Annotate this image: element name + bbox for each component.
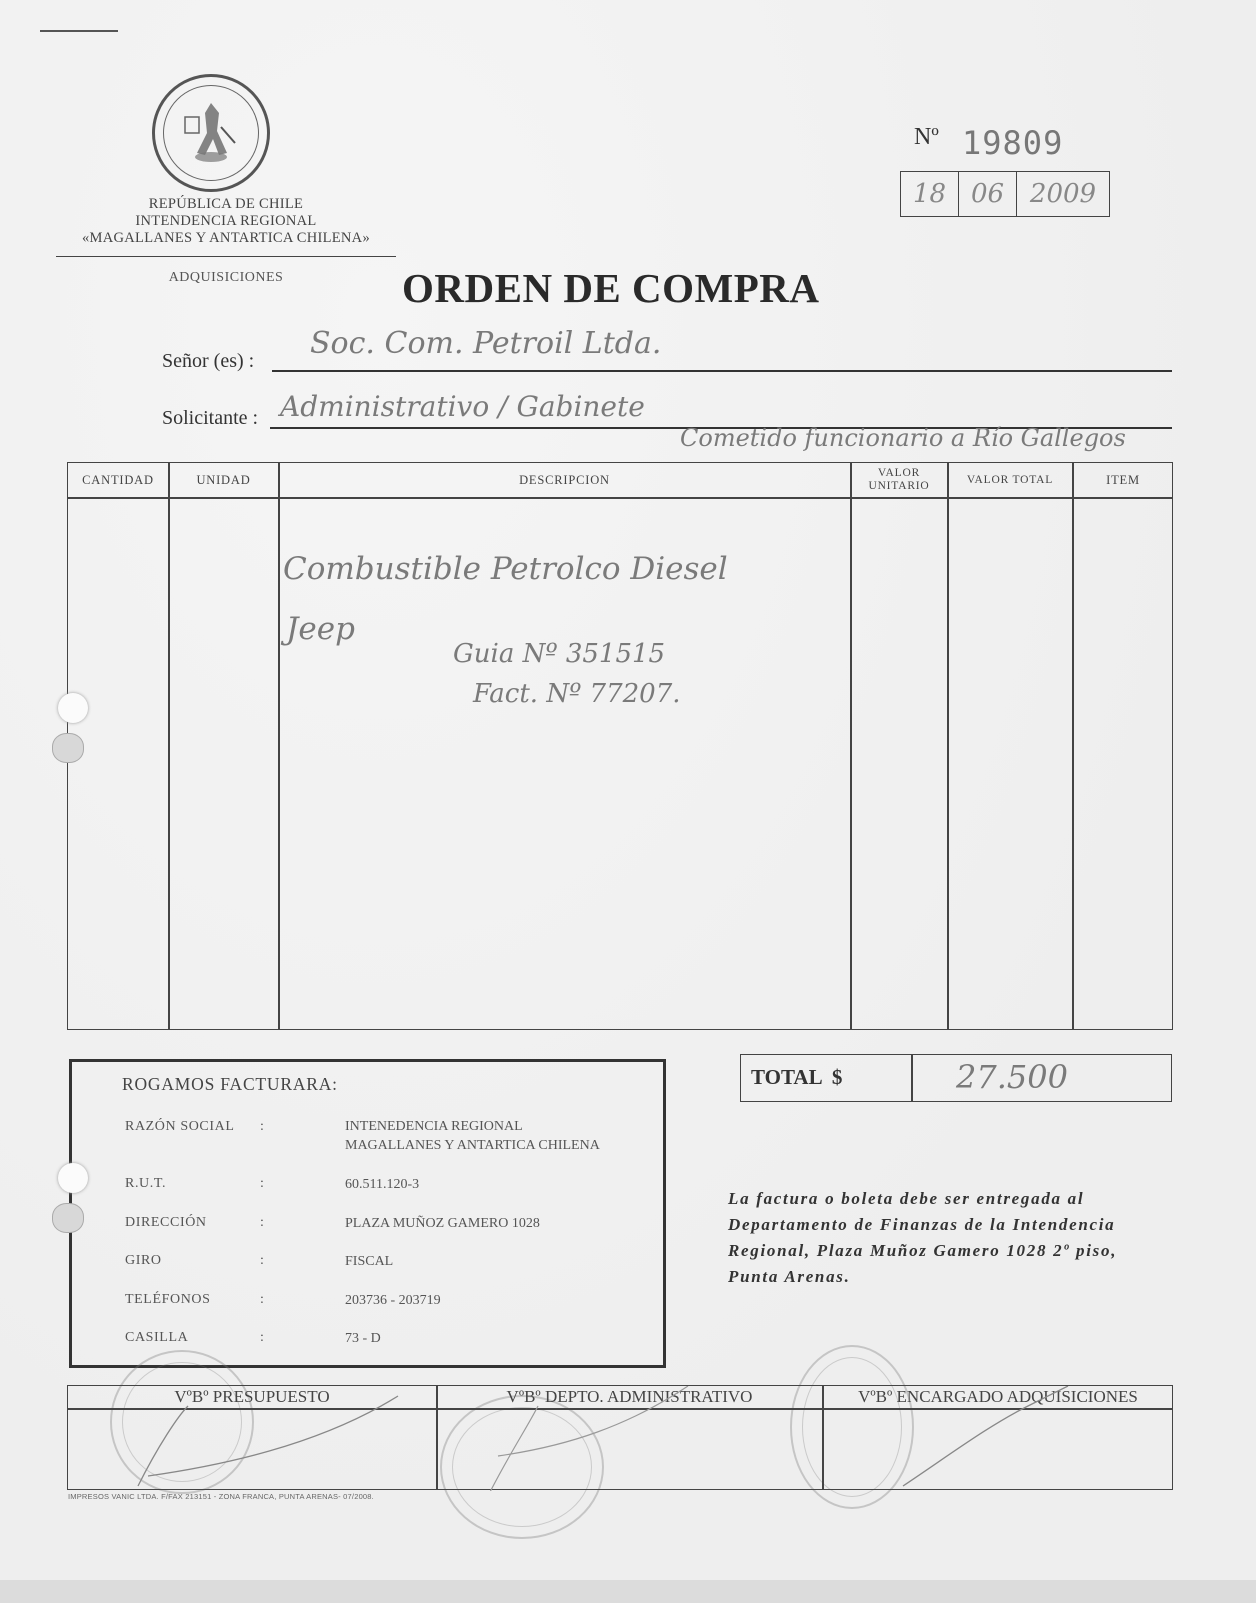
scan-edge: [0, 1580, 1256, 1603]
total-divider: [911, 1055, 913, 1101]
solicitante-field[interactable]: Administrativo / Gabinete: [280, 390, 645, 423]
date-day[interactable]: 18: [901, 172, 959, 216]
colon: :: [260, 1330, 264, 1346]
regional-seal-icon: [152, 74, 270, 192]
billing-label-rut: R.U.T.: [125, 1176, 166, 1192]
billing-label-giro: GIRO: [125, 1253, 162, 1269]
column-divider: [850, 463, 852, 1029]
description-line[interactable]: Guia Nº 351515: [453, 639, 665, 669]
column-divider: [278, 463, 280, 1029]
punch-hole: [58, 693, 88, 723]
billing-value-giro: FISCAL: [345, 1252, 393, 1271]
billing-label-razon-social: RAZÓN SOCIAL: [125, 1119, 234, 1135]
razon-social-line-2: MAGALLANES Y ANTARTICA CHILENA: [345, 1136, 600, 1155]
folio-number: 19809: [962, 124, 1063, 162]
column-divider: [168, 463, 170, 1029]
razon-social-line-1: INTENEDENCIA REGIONAL: [345, 1117, 600, 1136]
column-header-descripcion: DESCRIPCION: [279, 463, 850, 497]
signature-scribbles-icon: [68, 1386, 1174, 1491]
total-amount[interactable]: 27.500: [956, 1055, 1068, 1099]
colon: :: [260, 1119, 264, 1135]
total-box: TOTAL $ 27.500: [740, 1054, 1172, 1102]
billing-value-telefonos: 203736 - 203719: [345, 1291, 441, 1310]
billing-label-telefonos: TELÉFONOS: [125, 1292, 211, 1308]
column-header-valor-unitario: VALOR UNITARIO: [851, 463, 947, 497]
folio-label: Nº: [914, 124, 939, 151]
column-header-unidad: UNIDAD: [169, 463, 278, 497]
header-divider: [56, 256, 396, 257]
billing-info-box: ROGAMOS FACTURARA: RAZÓN SOCIAL : INTENE…: [69, 1059, 666, 1368]
total-label: TOTAL $: [751, 1055, 842, 1099]
purchase-order-page: REPÚBLICA DE CHILE INTENDENCIA REGIONAL …: [0, 0, 1256, 1580]
punch-hole-torn: [52, 1203, 84, 1233]
billing-label-direccion: DIRECCIÓN: [125, 1215, 207, 1231]
colon: :: [260, 1176, 264, 1192]
description-line[interactable]: Jeep: [286, 611, 355, 647]
billing-value-casilla: 73 - D: [345, 1329, 381, 1348]
colon: :: [260, 1253, 264, 1269]
table-header-rule: [68, 497, 1172, 499]
solicitante-note[interactable]: Cometido funcionario a Río Gallegos: [680, 424, 1126, 452]
billing-value-rut: 60.511.120-3: [345, 1175, 419, 1194]
date-box: 18 06 2009: [900, 171, 1110, 217]
punch-hole: [58, 1163, 88, 1193]
billing-title: ROGAMOS FACTURARA:: [122, 1074, 338, 1095]
department-label: ADQUISICIONES: [56, 270, 396, 286]
solicitante-label: Solicitante :: [162, 407, 258, 430]
corner-mark: [40, 30, 118, 32]
description-line[interactable]: Fact. Nº 77207.: [473, 679, 681, 709]
senor-line: [272, 370, 1172, 372]
billing-value-razon-social: INTENEDENCIA REGIONAL MAGALLANES Y ANTAR…: [345, 1117, 600, 1155]
colon: :: [260, 1215, 264, 1231]
billing-value-direccion: PLAZA MUÑOZ GAMERO 1028: [345, 1214, 540, 1233]
column-header-item: ITEM: [1073, 463, 1173, 497]
delivery-notice: La factura o boleta debe ser entregada a…: [728, 1186, 1168, 1290]
column-divider: [947, 463, 949, 1029]
senor-field[interactable]: Soc. Com. Petroil Ltda.: [310, 326, 661, 361]
column-divider: [1072, 463, 1074, 1029]
punch-hole-torn: [52, 733, 84, 763]
column-header-cantidad: CANTIDAD: [68, 463, 168, 497]
billing-label-casilla: CASILLA: [125, 1330, 188, 1346]
senor-label: Señor (es) :: [162, 350, 254, 373]
date-year[interactable]: 2009: [1017, 172, 1109, 216]
colon: :: [260, 1292, 264, 1308]
date-month[interactable]: 06: [959, 172, 1017, 216]
page-title: ORDEN DE COMPRA: [402, 264, 819, 312]
organization-name: REPÚBLICA DE CHILE INTENDENCIA REGIONAL …: [56, 196, 396, 247]
approval-table: VºBº PRESUPUESTO VºBº DEPTO. ADMINISTRAT…: [67, 1385, 1173, 1490]
column-header-valor-total: VALOR TOTAL: [948, 463, 1072, 497]
description-line[interactable]: Combustible Petrolco Diesel: [283, 551, 728, 587]
printer-imprint: IMPRESOS VANIC LTDA. F/FAX 213151 - ZONA…: [68, 1492, 374, 1501]
items-table: CANTIDAD UNIDAD DESCRIPCION VALOR UNITAR…: [67, 462, 1173, 1030]
